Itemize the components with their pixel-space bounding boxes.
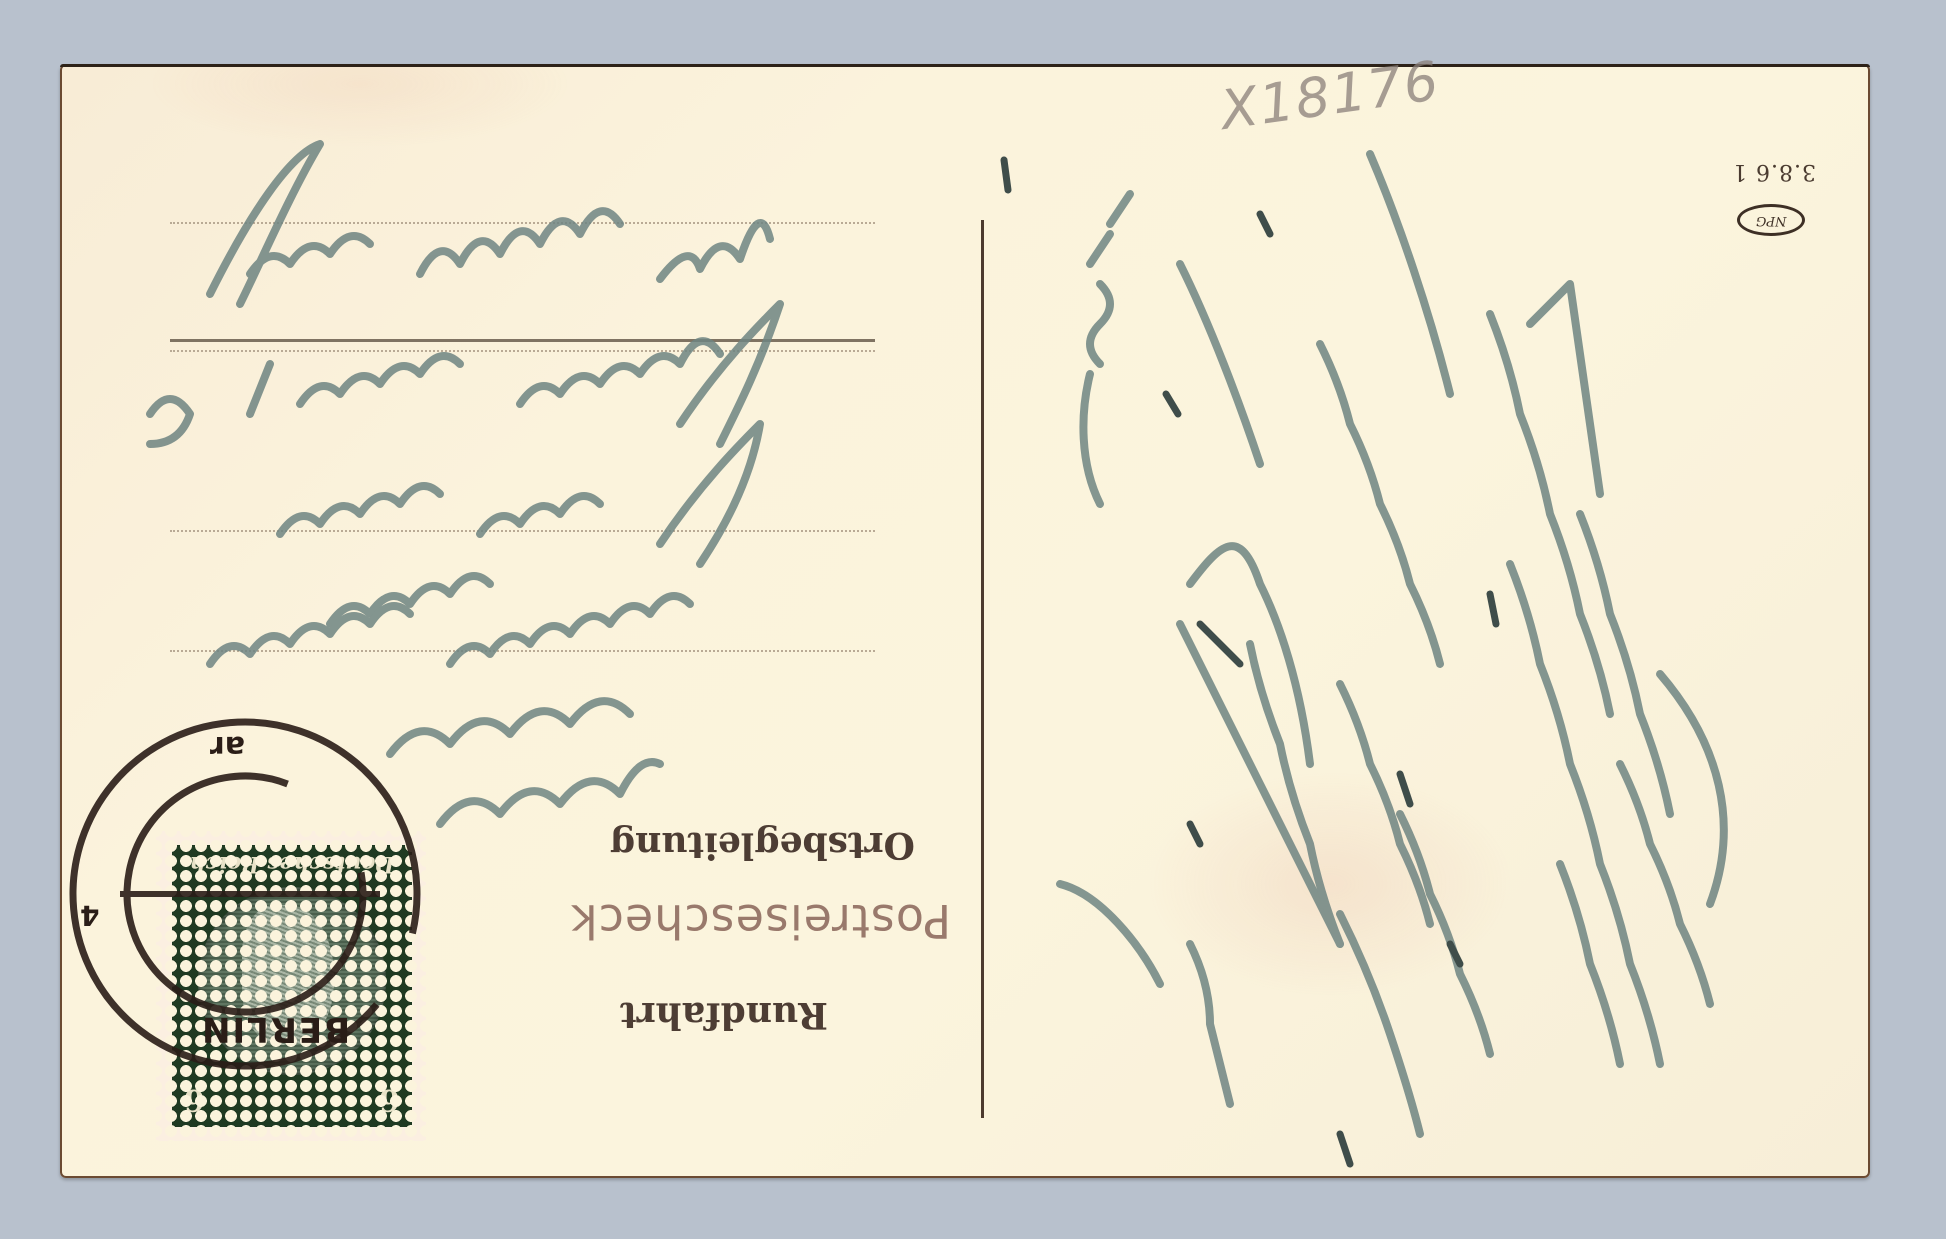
postcard: X18176 3.8.6 1 NPG [60,64,1870,1178]
postmark-number: 4 [80,899,99,932]
rubber-stamp-main-word: Postreisescheck [570,894,951,948]
stamp-issuer: Deutsches Reich [172,851,412,877]
postage-stamp: Deutsches Reich 6 6 [156,831,426,1141]
postmark-city: BERLIN [200,1009,350,1049]
postmark-code: ar [210,729,245,764]
rubber-stamp-bottom-word: Rundfahrt [620,994,828,1036]
stamp-value-left: 6 [379,1082,400,1117]
stamp-design: Deutsches Reich 6 6 [172,845,412,1127]
rubber-stamp-top-word: Ortsbegleitung [610,824,915,866]
stamp-value-right: 6 [184,1082,205,1117]
